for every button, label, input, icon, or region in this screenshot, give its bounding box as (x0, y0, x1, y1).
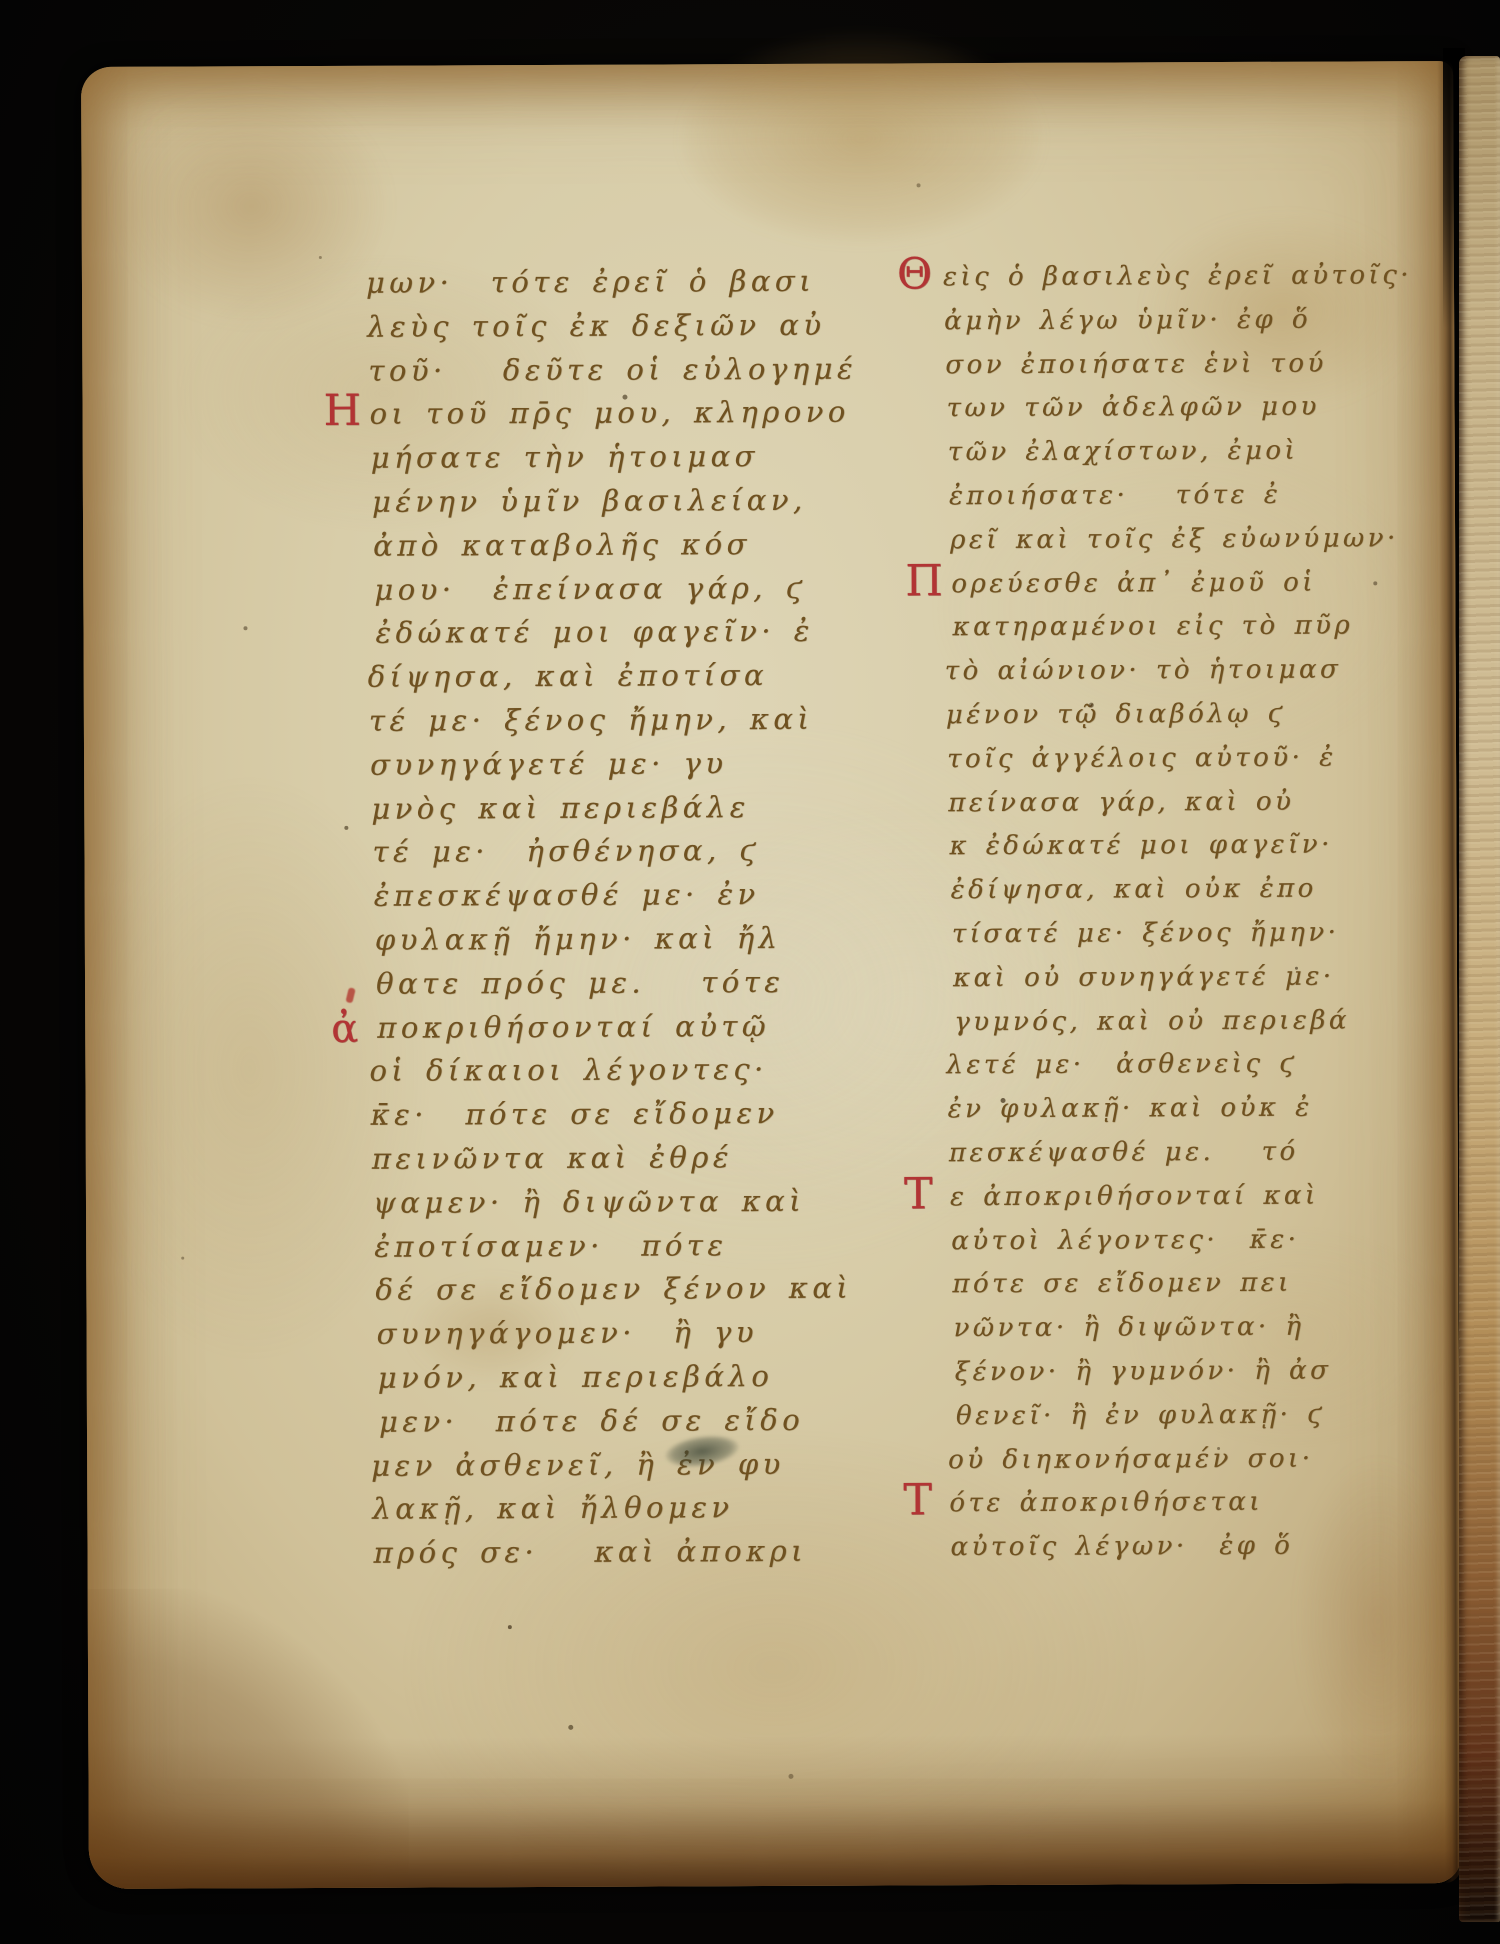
line-text: ἐν φυλακῇ· καὶ οὐκ ἐ (948, 1093, 1313, 1125)
line-text: ἀπὸ καταβολῆς κόσ (373, 527, 751, 563)
text-line: πεινῶντα καὶ ἐθρέ (372, 1135, 882, 1181)
text-line: αὐτοῖς λέγων· ἐφ ὅ (950, 1524, 1460, 1570)
line-text: ψαμεν· ἢ διψῶντα καὶ (373, 1184, 805, 1220)
text-line: Ηοι τοῦ πρ̄ς μου, κληρονο (369, 391, 879, 437)
line-text: πρός σε· καὶ ἀποκρι (373, 1534, 807, 1570)
line-text: τὸ αἰώνιον· τὸ ἡτοιμασ (945, 655, 1342, 687)
line-text: τέ με· ἠσθένησα, ϛ (372, 833, 760, 869)
dirt-speck (181, 1257, 184, 1260)
fore-edge-of-leaves (1459, 56, 1500, 1922)
text-line: θενεῖ· ἢ ἐν φυλακῇ· ϛ (956, 1393, 1466, 1439)
text-line: Τε ἀποκριθήσονταί καὶ (950, 1174, 1460, 1220)
text-line: κατηραμένοι εἰς τὸ πῦρ (952, 604, 1462, 650)
text-column-right: Θεὶς ὁ βασιλεὺς ἐρεῖ αὐτοῖς·ἀμὴν λέγω ὑμ… (947, 254, 1463, 1570)
line-text: ότε ἀποκριθήσεται (949, 1487, 1263, 1518)
line-text: ἐποτίσαμεν· πότε (374, 1228, 727, 1264)
text-line: δίψησα, καὶ ἐποτίσα (368, 654, 878, 700)
line-text: ἐδώκατέ μοι φαγεῖν· ἐ (375, 614, 813, 650)
text-line: πότε σε εἴδομεν πει (952, 1261, 1462, 1307)
text-line: ἐδίψησα, καὶ οὐκ ἐπο (951, 867, 1461, 913)
text-line: νῶντα· ἢ διψῶντα· ἢ (953, 1305, 1463, 1351)
text-line: Θεὶς ὁ βασιλεὺς ἐρεῖ αὐτοῖς· (943, 254, 1453, 300)
text-line: μνὸς καὶ περιεβάλε (371, 785, 881, 831)
text-line: πεσκέψασθέ με. τό (949, 1130, 1459, 1176)
dirt-speck (319, 256, 322, 259)
dirt-speck (788, 1774, 793, 1779)
text-line: λετέ με· ἀσθενεὶς ϛ (946, 1042, 1456, 1088)
text-line: συνηγάγομεν· ἢ γυ (376, 1311, 886, 1357)
text-line: ἀπὸ καταβολῆς κόσ (373, 522, 883, 568)
line-text: τοῖς ἀγγέλοις αὐτοῦ· ἐ (947, 742, 1337, 774)
rubric-initial: Θ (897, 249, 936, 301)
text-line: τὸ αἰώνιον· τὸ ἡτοιμασ (945, 648, 1455, 694)
text-line: ἐποτίσαμεν· πότε (374, 1223, 884, 1269)
rubric-initial: Η (323, 386, 365, 438)
text-line: οἱ δίκαιοι λέγοντες· (369, 1048, 879, 1094)
text-line: ἀμὴν λέγω ὑμῖν· ἐφ ὅ (944, 298, 1454, 344)
text-line: μων· τότε ἐρεῖ ὁ βασι (366, 260, 876, 306)
dirt-speck (344, 826, 348, 830)
text-line: οὐ διηκονήσαμέν σοι· (948, 1437, 1458, 1483)
manuscript-page: μων· τότε ἐρεῖ ὁ βασιλεὺς τοῖς ἐκ δεξιῶν… (81, 61, 1461, 1889)
line-text: μων· τότε ἐρεῖ ὁ βασι (366, 264, 815, 300)
line-text: λεὺς τοῖς ἐκ δεξιῶν αὐ (367, 308, 825, 344)
line-text: οι τοῦ πρ̄ς μου, κληρονο (369, 395, 849, 431)
line-text: νῶντα· ἢ διψῶντα· ἢ (953, 1312, 1304, 1344)
dirt-speck (917, 183, 921, 187)
line-text: ἐπεσκέψασθέ με· ἐν (374, 877, 760, 913)
line-text: μνὸς καὶ περιεβάλε (371, 790, 750, 826)
rubric-initial: Τ (903, 1476, 935, 1528)
text-line: ἐποιήσατε· τότε ἐ (949, 473, 1459, 519)
text-line: μνόν, καὶ περιεβάλο (378, 1354, 888, 1400)
text-line: φυλακῇ ἤμην· καὶ ἤλ (375, 916, 885, 962)
red-margin-mark (345, 987, 355, 1003)
text-line: μένον τῷ διαβόλῳ ϛ (946, 692, 1456, 738)
water-stain (681, 33, 1042, 245)
line-text: πείνασα γάρ, καὶ οὐ (948, 786, 1294, 818)
text-line: αὐτοὶ λέγοντες· κ̄ε· (951, 1218, 1461, 1264)
text-line: ξένον· ἢ γυμνόν· ἢ ἀσ (955, 1349, 1465, 1395)
text-line: μένην ὑμῖν βασιλείαν, (372, 478, 882, 524)
text-line: πρός σε· καὶ ἀποκρι (373, 1530, 883, 1576)
text-line: ἐν φυλακῇ· καὶ οὐκ ἐ (947, 1086, 1457, 1132)
text-line: τέ με· ἠσθένησα, ϛ (372, 829, 882, 875)
browned-corner (88, 1588, 409, 1889)
line-text: οὐ διηκονήσαμέν σοι· (948, 1443, 1313, 1475)
line-text: μνόν, καὶ περιεβάλο (378, 1359, 774, 1395)
text-line: τοῖς ἀγγέλοις αὐτοῦ· ἐ (947, 736, 1457, 782)
dirt-speck (508, 1625, 512, 1629)
text-line: σον ἐποιήσατε ἑνὶ τού (945, 342, 1455, 388)
text-line: μεν· πότε δέ σε εἴδο (379, 1398, 889, 1444)
line-text: λακῇ, καὶ ἤλθομεν (372, 1490, 733, 1526)
line-text: τοῦ· δεῦτε οἱ εὐλογημέ (368, 351, 857, 387)
line-text: ε ἀποκριθήσονταί καὶ (950, 1180, 1319, 1212)
line-text: συνηγάγετέ με· γυ (370, 746, 728, 782)
line-text: μένην ὑμῖν βασιλείαν, (372, 483, 807, 519)
line-text: οἱ δίκαιοι λέγοντες· (369, 1052, 767, 1088)
line-text: μένον τῷ διαβόλῳ ϛ (946, 699, 1286, 730)
text-line: Τότε ἀποκριθήσεται (949, 1480, 1459, 1526)
text-line: των τῶν ἀδελφῶν μου (946, 385, 1456, 431)
line-text: κ ἐδώκατέ μοι φαγεῖν· (949, 830, 1332, 862)
line-text: λετέ με· ἀσθενεὶς ϛ (946, 1049, 1297, 1081)
text-line: θατε πρός με. τότε (376, 960, 886, 1006)
line-text: ποκριθήσονταί αὐτῷ (377, 1009, 770, 1045)
text-line: Πορεύεσθε ἀπ᾽ ἐμοῦ οἱ (951, 561, 1461, 607)
dirt-speck (243, 626, 247, 630)
line-text: μεν· πότε δέ σε εἴδο (379, 1403, 804, 1439)
line-text: δέ σε εἴδομεν ξένον καὶ (375, 1271, 852, 1307)
photo-stage: μων· τότε ἐρεῖ ὁ βασιλεὺς τοῖς ἐκ δεξιῶν… (0, 0, 1500, 1944)
line-text: ορεύεσθε ἀπ᾽ ἐμοῦ οἱ (951, 567, 1316, 599)
rubric-initial: Τ (904, 1169, 936, 1221)
line-text: τέ με· ξένος ἤμην, καὶ (369, 702, 814, 738)
line-text: θατε πρός με. τότε (376, 965, 784, 1001)
line-text: κατηραμένοι εἰς τὸ πῦρ (952, 611, 1353, 643)
text-line: τίσατέ με· ξένος ἤμην· (952, 911, 1462, 957)
rubric-initial: Π (905, 556, 946, 608)
text-line: καὶ οὐ συνηγάγετέ με· (953, 955, 1463, 1001)
dirt-speck (568, 1725, 573, 1730)
line-text: σον ἐποιήσατε ἑνὶ τού (945, 348, 1327, 380)
line-text: τίσατέ με· ξένος ἤμην· (952, 917, 1340, 949)
line-text: πεσκέψασθέ με. τό (949, 1137, 1299, 1169)
line-text: ἐδίψησα, καὶ οὐκ ἐπο (951, 874, 1317, 906)
text-line: συνηγάγετέ με· γυ (370, 741, 880, 787)
line-text: γυμνός, καὶ οὐ περιεβά (954, 1005, 1350, 1037)
browned-bottom-edge (88, 1733, 1461, 1889)
text-line: ρεῖ καὶ τοῖς ἐξ εὐωνύμων· (950, 517, 1460, 563)
text-line: κ ἐδώκατέ μοι φαγεῖν· (949, 823, 1459, 869)
line-text: πεινῶντα καὶ ἐθρέ (372, 1140, 733, 1176)
text-line: μήσατε τὴν ἡτοιμασ (371, 435, 881, 481)
text-line: λεὺς τοῖς ἐκ δεξιῶν αὐ (367, 303, 877, 349)
line-text: μου· ἐπείνασα γάρ, ϛ (374, 570, 806, 606)
text-line: γυμνός, καὶ οὐ περιεβά (954, 999, 1464, 1045)
line-text: ἐποιήσατε· τότε ἐ (949, 480, 1281, 511)
text-line: ψαμεν· ἢ διψῶντα καὶ (373, 1179, 883, 1225)
line-text: εὶς ὁ βασιλεὺς ἐρεῖ αὐτοῖς· (943, 260, 1412, 292)
line-text: αὐτοὶ λέγοντες· κ̄ε· (951, 1224, 1299, 1256)
water-stain (111, 86, 392, 327)
text-line: δέ σε εἴδομεν ξένον καὶ (375, 1267, 885, 1313)
text-line: πείνασα γάρ, καὶ οὐ (948, 780, 1458, 826)
line-text: ρεῖ καὶ τοῖς ἐξ εὐωνύμων· (950, 523, 1399, 555)
text-line: τέ με· ξένος ἤμην, καὶ (369, 697, 879, 743)
text-line: ἐπεσκέψασθέ με· ἐν (374, 873, 884, 919)
line-text: δίψησα, καὶ ἐποτίσα (368, 658, 768, 694)
line-text: πότε σε εἴδομεν πει (952, 1268, 1292, 1299)
text-line: ἀποκριθήσονταί αὐτῷ (377, 1004, 887, 1050)
text-line: λακῇ, καὶ ἤλθομεν (372, 1486, 882, 1532)
line-text: ἀμὴν λέγω ὑμῖν· ἐφ ὅ (944, 304, 1311, 336)
line-text: θενεῖ· ἢ ἐν φυλακῇ· ϛ (956, 1399, 1325, 1431)
text-line: μου· ἐπείνασα γάρ, ϛ (374, 566, 884, 612)
line-text: των τῶν ἀδελφῶν μου (946, 392, 1319, 424)
rubric-initial: ἀ (331, 1004, 363, 1052)
line-text: φυλακῇ ἤμην· καὶ ἤλ (375, 921, 782, 957)
line-text: τῶν ἐλαχίστων, ἐμοὶ (948, 436, 1299, 468)
line-text: κ̄ε· πότε σε εἴδομεν (371, 1096, 779, 1132)
line-text: μήσατε τὴν ἡτοιμασ (371, 439, 759, 475)
text-line: κ̄ε· πότε σε εἴδομεν (371, 1092, 881, 1138)
line-text: συνηγάγομεν· ἢ γυ (376, 1315, 758, 1351)
line-text: αὐτοῖς λέγων· ἐφ ὅ (950, 1531, 1293, 1562)
text-column-left: μων· τότε ἐρεῖ ὁ βασιλεὺς τοῖς ἐκ δεξιῶν… (370, 260, 886, 1576)
line-text: ξένον· ἢ γυμνόν· ἢ ἀσ (955, 1355, 1332, 1387)
text-line: τοῦ· δεῦτε οἱ εὐλογημέ (368, 347, 878, 393)
text-line: ἐδώκατέ μοι φαγεῖν· ἐ (375, 610, 885, 656)
text-line: τῶν ἐλαχίστων, ἐμοὶ (948, 429, 1458, 475)
text-line: μεν ἀσθενεῖ, ἢ ἐν φυ (371, 1442, 881, 1488)
line-text: καὶ οὐ συνηγάγετέ με· (953, 961, 1335, 993)
